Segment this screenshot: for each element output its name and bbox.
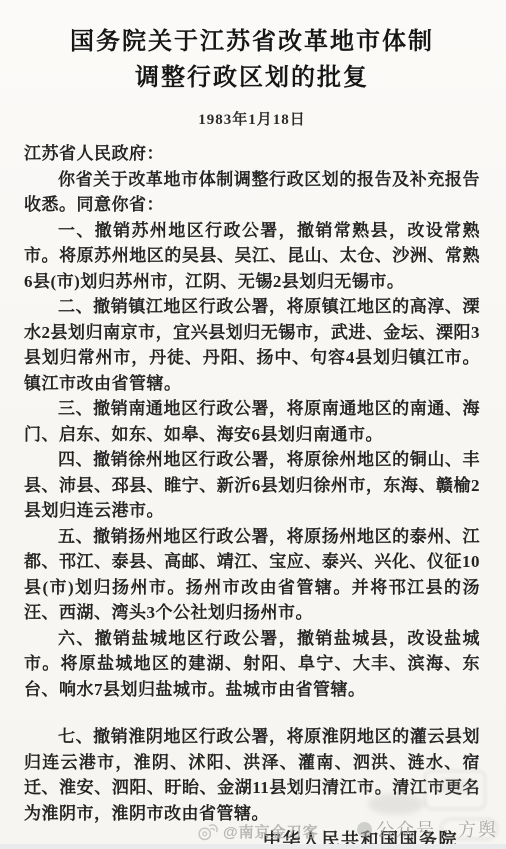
document-title: 国务院关于江苏省改革地市体制 调整行政区划的批复 — [24, 24, 480, 96]
document-page: 国务院关于江苏省改革地市体制 调整行政区划的批复 1983年1月18日 江苏省人… — [0, 0, 506, 849]
paragraph-item-7: 七、撤销淮阴地区行政公署，将原淮阴地区的灌云县划归连云港市，淮阴、沭阳、洪泽、灌… — [24, 724, 480, 826]
document-date: 1983年1月18日 — [24, 108, 480, 129]
document-body: 江苏省人民政府： 你省关于改革地市体制调整行政区划的报告及补充报告收悉。同意你省… — [24, 141, 480, 826]
paragraph-item-4: 四、撤销徐州地区行政公署，将原徐州地区的铜山、丰县、沛县、邳县、睢宁、新沂6县划… — [24, 447, 480, 524]
paragraph-item-1: 一、撤销苏州地区行政公署，撤销常熟县，改设常熟市。将原苏州地区的吴县、吴江、昆山… — [24, 218, 480, 295]
title-line-1: 国务院关于江苏省改革地市体制 — [24, 24, 480, 60]
paragraph-item-5: 五、撤销扬州地区行政公署，将原扬州地区的泰州、江都、邗江、泰县、高邮、靖江、宝应… — [24, 524, 480, 626]
salutation: 江苏省人民政府： — [24, 141, 480, 167]
weibo-eye-icon — [196, 822, 218, 842]
paragraph-item-6: 六、撤销盐城地区行政公署，撤销盐城县，改设盐城市。将原盐城地区的建湖、射阳、阜宁… — [24, 626, 480, 703]
paragraph-item-3: 三、撤销南通地区行政公署，将原南通地区的南通、海门、启东、如东、如皋、海安6县划… — [24, 396, 480, 447]
paragraph-item-2: 二、撤销镇江地区行政公署，将原镇江地区的高淳、溧水2县划归南京市，宜兴县划归无锡… — [24, 294, 480, 396]
bottom-edge-strip — [0, 844, 506, 849]
wechat-watermark-text: 公众号 · 方舆 — [376, 816, 498, 842]
weibo-watermark: @南京金刀客 — [196, 821, 319, 842]
wechat-watermark: 公众号 · 方舆 — [357, 816, 498, 842]
weibo-watermark-text: @南京金刀客 — [223, 821, 319, 842]
wechat-dot-icon — [357, 822, 372, 837]
title-line-2: 调整行政区划的批复 — [24, 60, 480, 96]
intro-paragraph: 你省关于改革地市体制调整行政区划的报告及补充报告收悉。同意你省： — [24, 167, 480, 218]
